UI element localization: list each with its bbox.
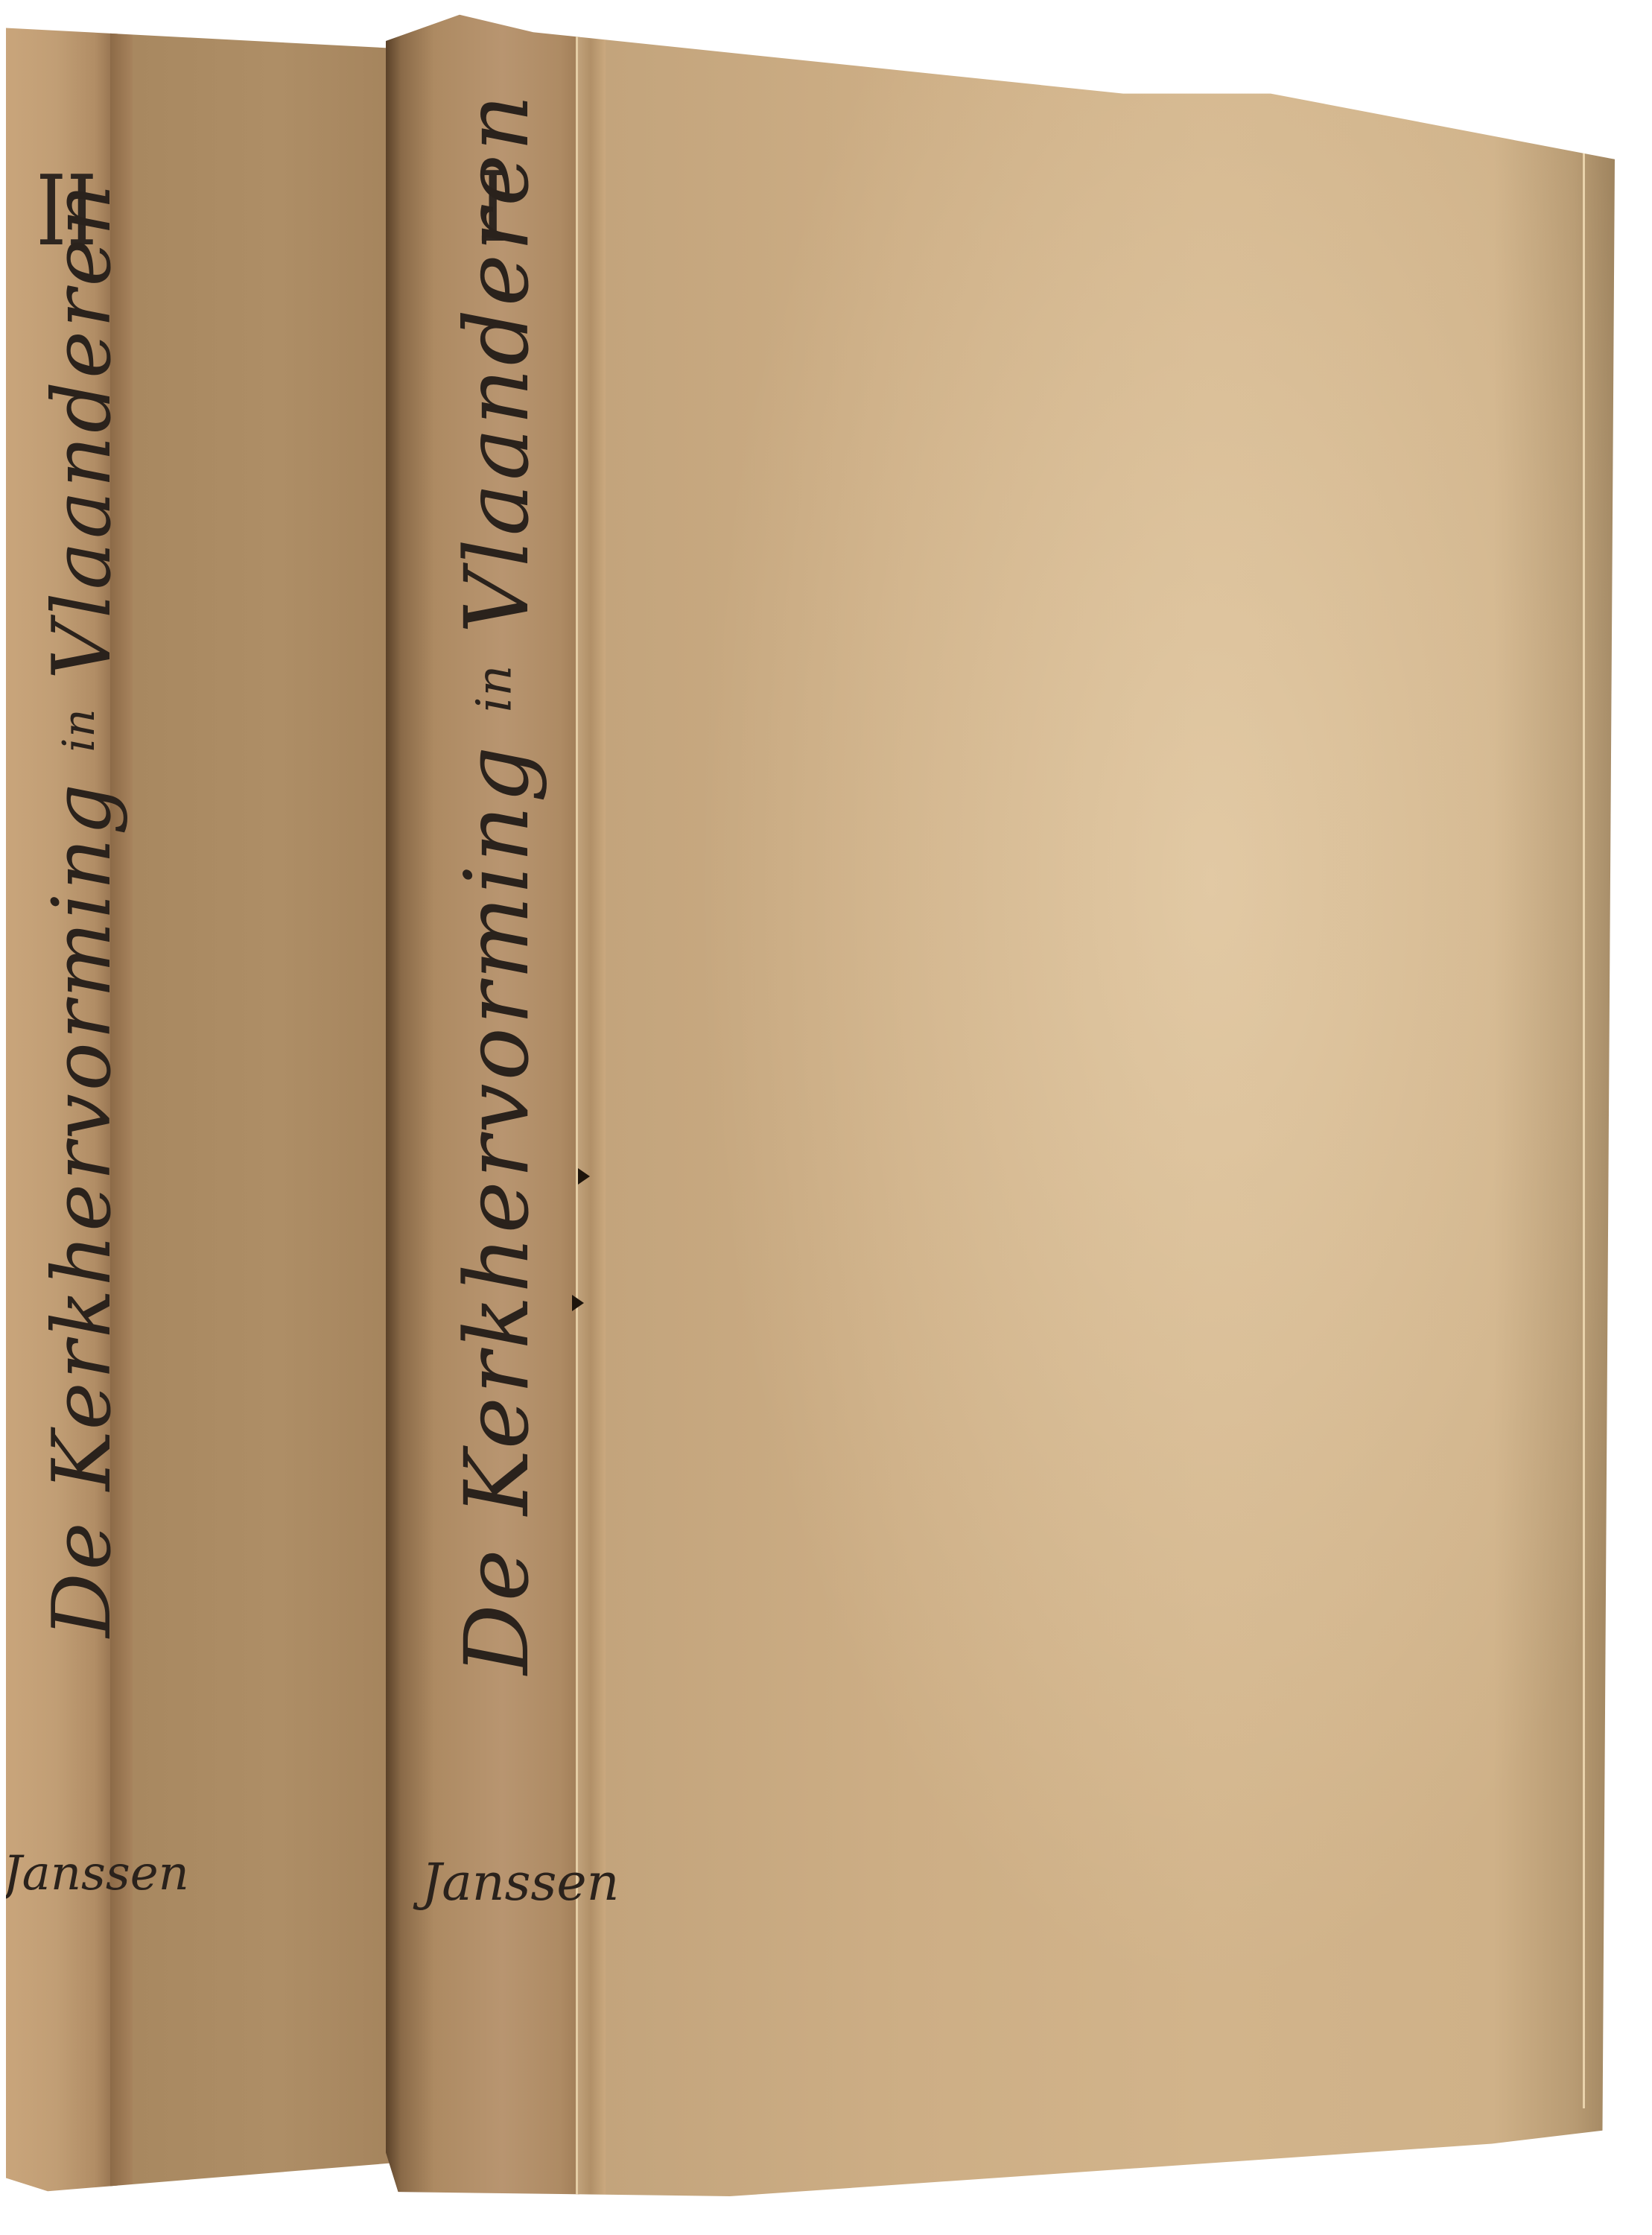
spine-author: Janssen: [422, 1854, 619, 1912]
book-front-cover: [606, 6, 1615, 2196]
spine-title-part1: De Kerkhervorming: [445, 744, 548, 1675]
spine-title: De Kerkhervorming in Vlaanderen: [36, 181, 129, 1638]
spine-title-part2: Vlaanderen: [445, 92, 548, 633]
spine-author: Janssen: [3, 1846, 189, 1901]
book-volume-1: I De Kerkhervorming in Vlaanderen Jansse…: [386, 6, 1615, 2196]
spine-title-part2: Vlaanderen: [36, 181, 129, 679]
book-volume-2: II De Kerkhervorming in Vlaanderen Janss…: [6, 6, 423, 2200]
book-photo: II De Kerkhervorming in Vlaanderen Janss…: [0, 0, 1652, 2235]
spine-title-in: in: [54, 708, 105, 752]
cover-edge: [1583, 115, 1585, 2108]
spine-title: De Kerkhervorming in Vlaanderen: [445, 92, 548, 1675]
spine-title-in: in: [466, 665, 522, 713]
spine-title-part1: De Kerkhervorming: [36, 781, 129, 1638]
